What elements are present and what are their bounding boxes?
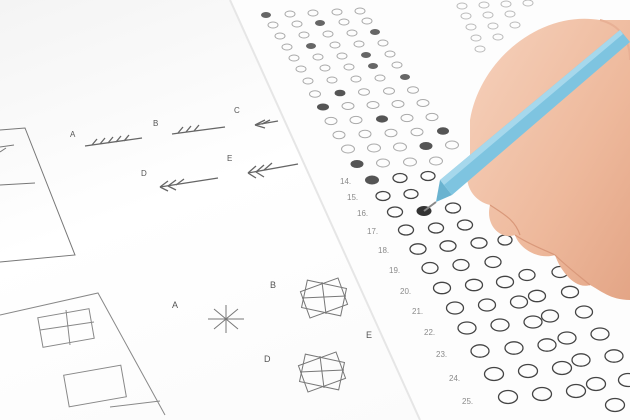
svg-text:22.: 22. (424, 328, 435, 337)
svg-text:19.: 19. (389, 266, 400, 275)
svg-text:B: B (270, 280, 276, 290)
question-frame-top (0, 128, 75, 262)
scene-illustration: A B C D E A B D (0, 0, 630, 420)
svg-text:21.: 21. (412, 307, 423, 316)
svg-text:B: B (153, 119, 158, 128)
svg-text:16.: 16. (357, 209, 368, 218)
arrow-option-labels: A B C D E (70, 106, 240, 178)
star-option-labels: A B D E (172, 280, 372, 364)
svg-text:24.: 24. (449, 374, 460, 383)
svg-text:23.: 23. (436, 350, 447, 359)
photo-scene: A B C D E A B D (0, 0, 630, 420)
svg-text:D: D (264, 354, 271, 364)
svg-text:E: E (227, 154, 232, 163)
question-frame-bottom (0, 293, 165, 415)
svg-text:A: A (70, 130, 76, 139)
star-options (208, 278, 348, 392)
svg-text:D: D (141, 169, 147, 178)
svg-text:18.: 18. (378, 246, 389, 255)
svg-text:25.: 25. (462, 397, 473, 406)
svg-text:17.: 17. (367, 227, 378, 236)
svg-text:14.: 14. (340, 177, 351, 186)
svg-text:A: A (172, 300, 178, 310)
svg-text:C: C (234, 106, 240, 115)
arrow-options (85, 120, 298, 191)
svg-text:20.: 20. (400, 287, 411, 296)
svg-text:15.: 15. (347, 193, 358, 202)
svg-text:E: E (366, 330, 372, 340)
